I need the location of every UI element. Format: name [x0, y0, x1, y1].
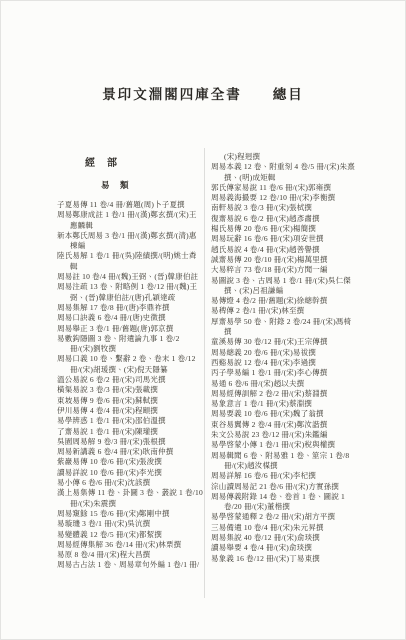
catalog-entry: 東谷易翼傳 2 卷/4 冊/(宋)鄭汝諧撰: [211, 420, 357, 430]
catalog-entry: 易學啓蒙通釋 2 卷/2 冊/(宋)胡方平撰: [211, 512, 357, 522]
catalog-entry: 易稗傳 2 卷/1 冊/(宋)林至撰: [211, 306, 357, 316]
catalog-column-left: 經 部 易 類 子夏易傳 11 卷/4 冊/舊題(周)卜子夏撰周易鄭康成註 1 …: [57, 152, 203, 571]
catalog-entry: 三易備遺 10 卷/4 冊/(宋)朱元昇撰: [211, 523, 357, 533]
catalog-entry: 童溪易傳 30 卷/12 冊/(宋)王宗傳撰: [211, 337, 357, 347]
catalog-entry: 南軒易說 3 卷/3 冊/(宋)張栻撰: [211, 203, 357, 213]
catalog-entry: 周易集說 40 卷/12 冊/(宋)俞琰撰: [211, 533, 357, 543]
catalog-entry: 朱文公易說 23 卷/12 冊/(宋)朱鑑編: [211, 430, 357, 440]
catalog-entry: 周易舉正 3 卷/1 冊/舊題(唐)郭京撰: [57, 324, 203, 334]
catalog-entry: 紫巖易傳 10 卷/6 冊/(宋)張浚撰: [57, 457, 203, 467]
catalog-entry: 郭氏傳家易說 11 卷/6 冊/(宋)郭雍撰: [211, 183, 357, 193]
catalog-entry: 周易注疏 13 卷、附略例 1 卷/12 冊/(魏)王弼、(晉)韓康伯註/(唐)…: [57, 282, 203, 303]
catalog-entry: 溫公易說 6 卷/2 冊/(宋)司馬光撰: [57, 375, 203, 385]
catalog-entry: 易變體義 12 卷/5 冊/(宋)都絜撰: [57, 530, 203, 540]
catalog-entry: 周易鄭康成註 1 卷/1 冊/(漢)鄭玄撰/(宋)王應麟輯: [57, 210, 203, 231]
scanned-catalog-page: { "page": { "title": "景印文淵閣四庫全書 總目", "se…: [0, 0, 406, 640]
catalog-entry: 易小傳 6 卷/6 冊/(宋)沈該撰: [57, 478, 203, 488]
catalog-entry: 吳園周易解 9 卷/3 冊/(宋)張根撰: [57, 437, 203, 447]
catalog-entry: 橫渠易說 3 卷/3 冊/(宋)張載撰: [57, 385, 203, 395]
catalog-entry: 周易詳解 16 卷/6 冊/(宋)李杞撰: [211, 471, 357, 481]
catalog-entry: 周易新講義 6 卷/4 冊/(宋)耿南仲撰: [57, 447, 203, 457]
catalog-entry: 周易總義 20 卷/6 冊/(宋)易祓撰: [211, 348, 357, 358]
catalog-content: 經 部 易 類 子夏易傳 11 卷/4 冊/舊題(周)卜子夏撰周易鄭康成註 1 …: [57, 152, 405, 571]
catalog-entry: 復齋易說 6 卷/2 冊/(宋)趙彥肅撰: [211, 214, 357, 224]
catalog-entry: 周易經傳集解 36 卷/14 冊/(宋)林栗撰: [57, 540, 203, 550]
catalog-entry: 周易輯聞 6 卷、附易雅 1 卷、筮宗 1 卷/8 冊/(宋)趙汝楳撰: [211, 451, 357, 472]
catalog-entry: 周易經傳訓解 2 卷/2 冊/(宋)蔡淵撰: [211, 389, 357, 399]
catalog-entry: 周易口訣義 6 卷/4 冊/(唐)史徵撰: [57, 313, 203, 323]
catalog-entry: 易學啓蒙小傳 1 卷/1 冊/(宋)稅與權撰: [211, 440, 357, 450]
catalog-entry: 周易口義 10 卷、繫辭 2 卷、卷末 1 卷/12 冊/(宋)胡瑗撰、(宋)倪…: [57, 354, 203, 375]
catalog-entry: (宋)程迥撰: [211, 152, 357, 162]
catalog-entry: 易數鈎隱圖 3 卷、附遺論九事 1 卷/2 冊/(宋)劉牧撰: [57, 334, 203, 355]
catalog-entry: 易原 8 卷/4 冊/(宋)程大昌撰: [57, 550, 203, 560]
catalog-entry: 讀易舉要 4 卷/4 冊/(宋)俞琰撰: [211, 543, 357, 553]
catalog-entry: 大易粹言 73 卷/18 冊/(宋)方聞一編: [211, 265, 357, 275]
catalog-entry: 易象意言 1 卷/1 冊/(宋)蔡淵撰: [211, 399, 357, 409]
catalog-entry: 周易註 10 卷/4 冊/(魏)王弼、(晉)韓康伯註: [57, 272, 203, 282]
catalog-entry: 丙子學易編 1 卷/1 冊/(宋)李心傳撰: [211, 368, 357, 378]
catalog-entry: 周易義海撮要 12 卷/10 冊/(宋)李衡撰: [211, 193, 357, 203]
catalog-entry: 易傳燈 4 卷/2 冊/舊題(宋)徐總幹撰: [211, 296, 357, 306]
catalog-entry: 新本鄭氏周易 3 卷/1 冊/(漢)鄭玄撰/(清)惠棟編: [57, 231, 203, 252]
catalog-entry: 周易要義 10 卷/6 冊/(宋)魏了翁撰: [211, 409, 357, 419]
column-divider: [204, 148, 205, 598]
catalog-entry: 易象義 16 卷/12 冊/(宋)丁易東撰: [211, 554, 357, 564]
catalog-entry: 東坡易傳 9 卷/6 冊/(宋)蘇軾撰: [57, 396, 203, 406]
catalog-entry: 周易本義 12 卷、附重刻 4 卷/5 冊/(宋)朱熹撰、(明)成矩輯: [211, 162, 357, 183]
entry-list-left: 子夏易傳 11 卷/4 冊/舊題(周)卜子夏撰周易鄭康成註 1 卷/1 冊/(漢…: [57, 200, 203, 571]
catalog-entry: 易圖說 3 卷、古周易 1 卷/1 冊/(宋)吳仁傑撰、(宋)呂祖謙編: [211, 276, 357, 297]
catalog-entry: 周易傳義附錄 14 卷、卷首 1 卷、圖說 1 卷/20 冊/(宋)董楷撰: [211, 492, 357, 513]
catalog-entry: 子夏易傳 11 卷/4 冊/舊題(周)卜子夏撰: [57, 200, 203, 210]
catalog-column-right: (宋)程迥撰周易本義 12 卷、附重刻 4 卷/5 冊/(宋)朱熹撰、(明)成矩…: [211, 152, 357, 564]
catalog-entry: 西谿易說 12 卷/4 冊/(宋)李過撰: [211, 358, 357, 368]
catalog-entry: 伊川易傳 4 卷/4 冊/(宋)程頤撰: [57, 406, 203, 416]
page-title: 景印文淵閣四庫全書 總目: [1, 83, 405, 103]
catalog-entry: 周易古占法 1 卷、周易章句外編 1 卷/1 冊/: [57, 560, 203, 570]
catalog-entry: 漢上易集傳 11 卷、卦圖 3 卷、叢說 1 卷/10 冊/(宋)朱震撰: [57, 488, 203, 509]
catalog-entry: 易通 6 卷/6 冊/(宋)趙以夫撰: [211, 379, 357, 389]
catalog-entry: 陸氏易解 1 卷/1 冊/(吳)陸績撰/(明)姚士粦輯: [57, 251, 203, 272]
entry-list-right: (宋)程迥撰周易本義 12 卷、附重刻 4 卷/5 冊/(宋)朱熹撰、(明)成矩…: [211, 152, 357, 564]
catalog-entry: 易學辨惑 1 卷/1 冊/(宋)邵伯溫撰: [57, 416, 203, 426]
subsection-heading-yi-lei: 易 類: [101, 179, 203, 191]
catalog-entry: 厚齋易學 50 卷、附錄 2 卷/24 冊/(宋)馮椅撰: [211, 317, 357, 338]
catalog-entry: 易璇璣 3 卷/1 冊/(宋)吳沆撰: [57, 519, 203, 529]
catalog-entry: 了齋易說 1 卷/1 冊/(宋)陳瓘撰: [57, 427, 203, 437]
catalog-entry: 淙山讀周易記 21 卷/6 冊/(宋)方實孫撰: [211, 482, 357, 492]
catalog-entry: 周易玩辭 16 卷/6 冊/(宋)項安世撰: [211, 234, 357, 244]
catalog-entry: 周易集解 17 卷/8 冊/(唐)李鼎祚撰: [57, 303, 203, 313]
catalog-entry: 楊氏易傳 20 卷/6 冊/(宋)楊簡撰: [211, 224, 357, 234]
catalog-entry: 誠齋易傳 20 卷/10 冊/(宋)楊萬里撰: [211, 255, 357, 265]
catalog-entry: 周易窺餘 15 卷/6 冊/(宋)鄭剛中撰: [57, 509, 203, 519]
catalog-entry: 讀易詳說 10 卷/6 冊/(宋)李光撰: [57, 468, 203, 478]
section-heading-jing-bu: 經 部: [85, 154, 203, 169]
catalog-entry: 趙氏易說 4 卷/4 冊/(宋)趙善譽撰: [211, 245, 357, 255]
